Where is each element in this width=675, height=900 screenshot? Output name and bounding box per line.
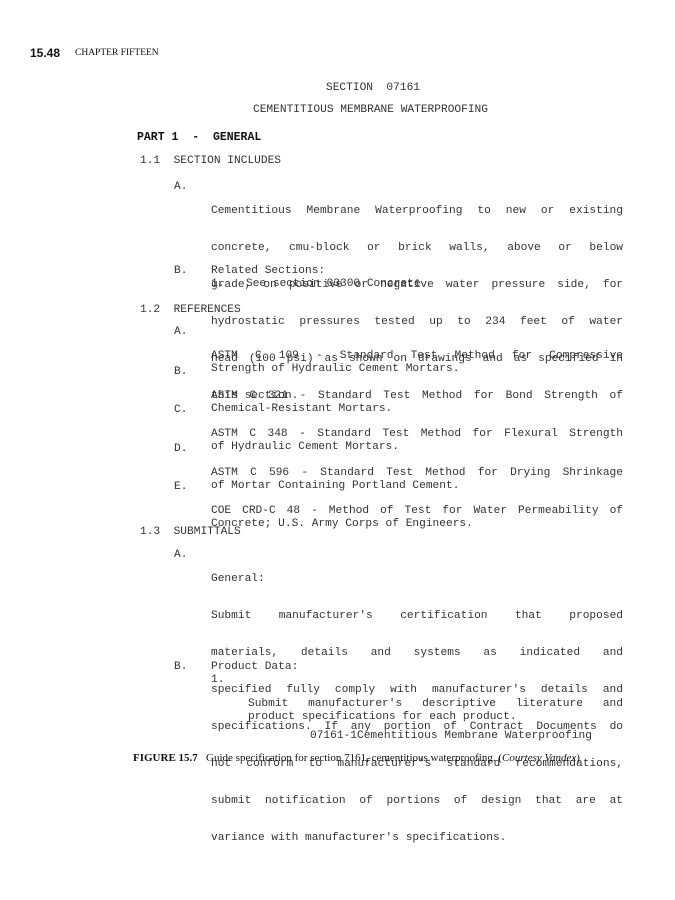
item-label: C.: [174, 404, 187, 416]
heading-1-1: 1.1 SECTION INCLUDES: [140, 155, 281, 167]
section-number: SECTION 07161: [326, 82, 420, 94]
item-label: B.: [174, 661, 187, 673]
section-title: CEMENTITIOUS MEMBRANE WATERPROOFING: [253, 104, 488, 116]
folio: 15.48: [30, 46, 60, 60]
reference-e: COE CRD-C 48 - Method of Test for Water …: [211, 481, 623, 543]
product-data-item: Submit manufacturer's descriptive litera…: [248, 674, 623, 736]
spec-footer: 07161-1Cementitious Membrane Waterproofi…: [310, 730, 592, 742]
item-label: D.: [174, 443, 187, 455]
related-section-link: See section 03300 Concrete: [246, 278, 421, 290]
product-data: Product Data:: [211, 661, 298, 673]
item-label: A.: [174, 326, 187, 338]
item-label: E.: [174, 481, 187, 493]
heading-1-2: 1.2 REFERENCES: [140, 304, 241, 316]
figure-caption: FIGURE 15.7 Guide specification for sect…: [133, 752, 580, 764]
item-label: A.: [174, 549, 187, 561]
item-label: B.: [174, 366, 187, 378]
item-label: B.: [174, 265, 187, 277]
part-heading: PART 1 - GENERAL: [137, 131, 261, 144]
sub-label: 1.: [211, 674, 224, 686]
item-label: A.: [174, 181, 187, 193]
heading-1-3: 1.3 SUBMITTALS: [140, 526, 241, 538]
chapter-title: CHAPTER FIFTEEN: [75, 48, 159, 58]
sub-label: 1.: [211, 278, 224, 290]
related-sections: Related Sections:: [211, 265, 325, 277]
